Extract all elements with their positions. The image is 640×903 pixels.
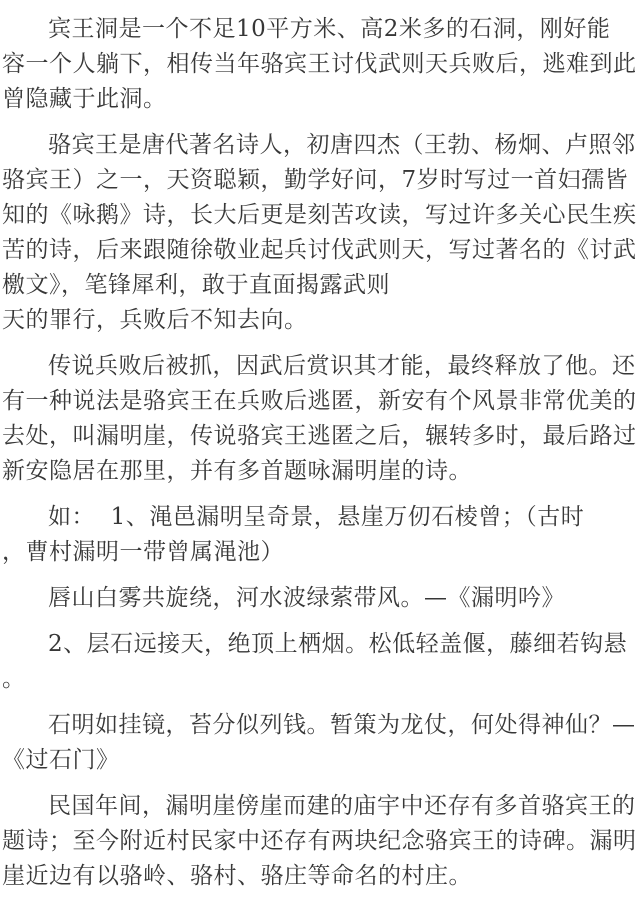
- text-line: 知的《咏鹅》诗，长大后更是刻苦攻读，写过许多关心民生疾: [2, 198, 638, 233]
- text-line: 檄文》，笔锋犀利，敢于直面揭露武则: [2, 268, 638, 303]
- text-line: 石明如挂镜，苔分似列钱。暂策为龙仗，何处得神仙？—: [2, 708, 638, 743]
- text-line: ，曹村漏明一带曾属渑池）: [2, 535, 638, 570]
- text-line: 2、层石远接天，绝顶上栖烟。松低轻盖偃，藤细若钩悬: [2, 627, 638, 662]
- paragraph-poet-biography: 骆宾王是唐代著名诗人，初唐四杰（王勃、杨炯、卢照邻 骆宾王）之一，天资聪颖，勤学…: [2, 128, 638, 338]
- text-line: 。: [2, 662, 638, 697]
- paragraph-poem-example-2: 2、层石远接天，绝顶上栖烟。松低轻盖偃，藤细若钩悬 。: [2, 627, 638, 697]
- text-line: 苦的诗，后来跟随徐敬业起兵讨伐武则天，写过著名的《讨武: [2, 233, 638, 268]
- text-line: 民国年间，漏明崖傍崖而建的庙宇中还存有多首骆宾王的: [2, 789, 638, 824]
- paragraph-poem-guoshimen: 石明如挂镜，苔分似列钱。暂策为龙仗，何处得神仙？— 《过石门》: [2, 708, 638, 778]
- text-line: 《过石门》: [2, 743, 638, 778]
- text-line: 去处，叫漏明崖，传说骆宾王逃匿之后，辗转多时，最后路过: [2, 419, 638, 454]
- paragraph-poem-loumingyin: 唇山白雾共旋绕，河水波绿萦带风。—《漏明吟》: [2, 581, 638, 616]
- text-line: 传说兵败后被抓，因武后赏识其才能，最终释放了他。还: [2, 349, 638, 384]
- text-line: 天的罪行，兵败后不知去向。: [2, 303, 638, 338]
- text-line: 如： 1、渑邑漏明呈奇景，悬崖万仞石棱曾；（古时: [2, 500, 638, 535]
- paragraph-legend: 传说兵败后被抓，因武后赏识其才能，最终释放了他。还 有一种说法是骆宾王在兵败后逃…: [2, 349, 638, 489]
- text-line: 宾王洞是一个不足10平方米、高2米多的石洞，刚好能: [2, 12, 638, 47]
- text-line: 曾隐藏于此洞。: [2, 82, 638, 117]
- text-line: 崖近边有以骆岭、骆村、骆庄等命名的村庄。: [2, 859, 638, 894]
- text-line: 骆宾王是唐代著名诗人，初唐四杰（王勃、杨炯、卢照邻: [2, 128, 638, 163]
- text-line: 有一种说法是骆宾王在兵败后逃匿，新安有个风景非常优美的: [2, 384, 638, 419]
- paragraph-republic-era: 民国年间，漏明崖傍崖而建的庙宇中还存有多首骆宾王的 题诗；至今附近村民家中还存有…: [2, 789, 638, 894]
- text-line: 新安隐居在那里，并有多首题咏漏明崖的诗。: [2, 454, 638, 489]
- paragraph-poem-example-1: 如： 1、渑邑漏明呈奇景，悬崖万仞石棱曾；（古时 ，曹村漏明一带曾属渑池）: [2, 500, 638, 570]
- text-line: 题诗；至今附近村民家中还存有两块纪念骆宾王的诗碑。漏明: [2, 824, 638, 859]
- document-page: 宾王洞是一个不足10平方米、高2米多的石洞，刚好能 容一个人躺下，相传当年骆宾王…: [0, 0, 640, 894]
- text-line: 容一个人躺下，相传当年骆宾王讨伐武则天兵败后，逃难到此: [2, 47, 638, 82]
- paragraph-binwang-cave: 宾王洞是一个不足10平方米、高2米多的石洞，刚好能 容一个人躺下，相传当年骆宾王…: [2, 12, 638, 117]
- text-line: 唇山白雾共旋绕，河水波绿萦带风。—《漏明吟》: [2, 581, 638, 616]
- text-line: 骆宾王）之一，天资聪颖，勤学好问，7岁时写过一首妇孺皆: [2, 163, 638, 198]
